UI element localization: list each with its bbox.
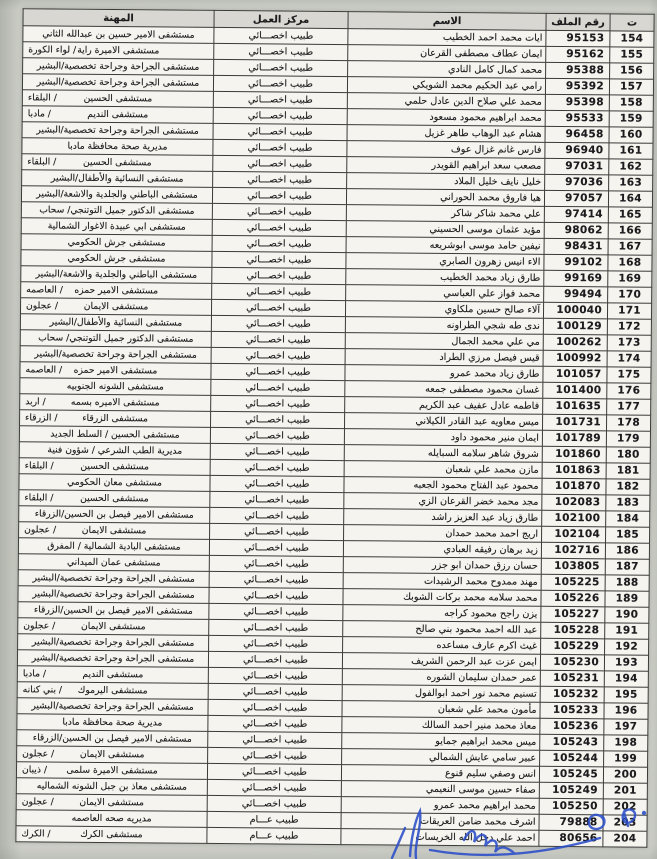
serial-cell: 156 — [610, 63, 654, 79]
profession-cell: مستشفى الباطني والجلدية والاشعة/البشير — [21, 186, 212, 204]
serial-cell: 190 — [605, 607, 649, 623]
file-number-cell: 102716 — [541, 542, 605, 559]
header-file-number: رقم الملف — [546, 13, 610, 31]
hospital-label: مستشفى عمان الميداني — [67, 557, 161, 569]
profession-cell: مستشفى الجراحة وجراحة تخصصية/البشير — [22, 122, 213, 140]
hospital-label: مستشفى الاميرة راية — [77, 45, 159, 57]
name-cell: طارق زياد عبد العزيز راشد — [344, 509, 542, 527]
serial-cell: 162 — [609, 159, 653, 175]
profession-cell: مستشفى ابي عبيدة الاغوار الشمالية — [21, 218, 212, 236]
serial-cell: 200 — [603, 767, 647, 783]
file-number-cell: 105236 — [540, 718, 604, 735]
hospital-label: مستشفى الكرك — [80, 829, 142, 841]
hospital-label: مستشفى الجراحة وجراحة تخصصية/البشير — [36, 124, 198, 136]
file-number-cell: 101860 — [542, 446, 606, 463]
work-center-cell: طبيب اخصـــائي — [209, 603, 343, 620]
profession-cell: مستشفى النسائية والأطفال/البشير — [22, 170, 213, 188]
name-cell: ايمان منير محمود داود — [344, 429, 542, 447]
area-label: / البلقاء — [24, 490, 53, 505]
hospital-label: مستشفى الايمان — [81, 621, 146, 633]
hospital-label: مديرية صحة محافظة مادبا — [62, 717, 162, 729]
serial-cell: 180 — [606, 447, 650, 463]
profession-cell: مستشفى معاذ بن جبل الشونه الشماليه — [16, 778, 207, 796]
work-center-cell: طبيب اخصـــائي — [211, 331, 345, 348]
work-center-cell: طبيب اخصـــائي — [211, 395, 345, 412]
work-center-cell: طبيب اخصـــائي — [209, 587, 343, 604]
file-number-cell: 105244 — [540, 750, 604, 767]
file-number-cell: 105245 — [539, 766, 603, 783]
file-number-cell: 100040 — [543, 302, 607, 319]
serial-cell: 189 — [605, 591, 649, 607]
work-center-cell: طبيب اخصـــائي — [211, 411, 345, 428]
file-number-cell: 98431 — [544, 238, 608, 255]
file-number-cell: 100262 — [543, 334, 607, 351]
name-cell: مي علي محمد الجمال — [345, 333, 543, 351]
work-center-cell: طبيب اخصـــائي — [209, 635, 343, 652]
file-number-cell: 101870 — [542, 478, 606, 495]
file-number-cell: 105230 — [540, 654, 604, 671]
hospital-label: مستشفى الامير حمزه — [74, 365, 158, 377]
area-label: / عجلون — [22, 746, 54, 761]
hospital-label: مستشفى الباطني والجلدية والاشعة/البشير — [36, 268, 198, 280]
work-center-cell: طبيب اخصـــائي — [209, 571, 343, 588]
profession-cell: مستشفى الباطني والجلدية والاشعة/البشير — [21, 266, 212, 284]
name-cell: صفاء حسين موسى النعيمي — [341, 781, 539, 799]
area-label: / مادبا — [28, 106, 51, 121]
file-number-cell: 95162 — [546, 46, 610, 63]
profession-cell: مستشفى الايمان / عجلون — [20, 298, 211, 316]
name-cell: مهند ممدوح محمد الرشيدات — [343, 573, 541, 591]
work-center-cell: طبيب اخصـــائي — [209, 619, 343, 636]
serial-cell: 174 — [607, 351, 651, 367]
work-center-cell: طبيب اخصـــائي — [208, 683, 342, 700]
hospital-label: مستشفى الامير حسين بن عبدالله الثاني — [42, 28, 194, 40]
name-cell: علي محمد شاكر شاكر — [346, 205, 544, 223]
file-number-cell: 102104 — [542, 526, 606, 543]
name-cell: مصعب سعد ابراهيم القويدر — [347, 157, 545, 175]
file-number-cell: 103805 — [541, 558, 605, 575]
hospital-label: مستشفى النديم — [87, 109, 148, 121]
name-cell: مازن محمد علي شعبان — [344, 461, 542, 479]
name-cell: نيفين حامد موسى ابوشريعه — [346, 237, 544, 255]
hospital-label: مستشفى الايمان — [84, 301, 149, 313]
hospital-label: مستشفى الحسين — [84, 93, 153, 105]
table-body: 154 95153 ايات محمد احمد الخطيب طبيب اخص… — [16, 26, 654, 847]
area-label: / البلقاء — [27, 154, 56, 169]
profession-cell: مستشفى جرش الحكومي — [21, 234, 212, 252]
hospital-label: مديرية الطب الشرعي / شؤون فنية — [47, 444, 182, 456]
work-center-cell: طبيب اخصـــائي — [214, 43, 348, 60]
serial-cell: 185 — [606, 527, 650, 543]
serial-cell: 169 — [608, 271, 652, 287]
profession-cell: مستشفى الاميرة سلمى / ذيبان — [16, 762, 207, 780]
work-center-cell: طبيب اخصـــائي — [209, 539, 343, 556]
file-number-cell: 102083 — [542, 494, 606, 511]
name-cell: انس وصفي سليم قنوع — [341, 765, 539, 783]
work-center-cell: طبيب اخصـــائي — [213, 91, 347, 108]
profession-cell: مستشفى الامير فيصل بن الحسين/الزرقاء — [17, 730, 208, 748]
name-cell: طارق زياد محمد عمرو — [345, 365, 543, 383]
hospital-label: مستشفى جرش الحكومي — [67, 253, 165, 265]
area-label: / البلقاء — [28, 90, 57, 105]
profession-cell: مستشفى الزرقاء / الزرقاء — [20, 410, 211, 428]
area-label: / الكرك — [21, 826, 50, 841]
profession-cell: مستشفى الامير حسين بن عبدالله الثاني — [23, 26, 214, 44]
hospital-label: مستشفى اليرموك — [78, 685, 148, 697]
area-label: / اربد — [25, 394, 46, 409]
profession-cell: مستشفى الامير فيصل بن الحسين/الزرقاء — [18, 602, 209, 620]
file-number-cell: 95398 — [545, 94, 609, 111]
work-center-cell: طبيب اخصـــائي — [214, 59, 348, 76]
name-cell: عبد الله احمد محمود بني صالح — [343, 621, 541, 639]
work-center-cell: طبيب اخصـــائي — [211, 315, 345, 332]
name-cell: خليل نايف خليل الملاد — [347, 173, 545, 191]
work-center-cell: طبيب اخصـــائي — [210, 475, 344, 492]
file-number-cell: 105229 — [541, 638, 605, 655]
file-number-cell: 97057 — [544, 190, 608, 207]
name-cell: معاذ محمد منير احمد السالك — [342, 717, 540, 735]
name-cell: محمد ابراهيم محمود مسعود — [347, 109, 545, 127]
hospital-label: مستشفى ابي عبيدة الاغوار الشمالية — [48, 220, 186, 232]
header-work-center: مركز العمل — [214, 10, 348, 28]
profession-cell: مستشفى الجراحة وجراحة تخصصية/البشير — [17, 650, 208, 668]
file-number-cell: 105227 — [541, 606, 605, 623]
profession-cell: مستشفى الجراحة وجراحة تخصصية/البشير — [18, 634, 209, 652]
header-profession: المهنة — [23, 9, 214, 28]
work-center-cell: طبيب اخصـــائي — [213, 75, 347, 92]
name-cell: عبير سامي عايش الشمالي — [342, 749, 540, 767]
work-center-cell: طبيب اخصـــائي — [212, 187, 346, 204]
work-center-cell: طبيب اخصـــائي — [213, 171, 347, 188]
file-number-cell: 95392 — [545, 78, 609, 95]
name-cell: محمد سلامه محمد بركات الشوبك — [343, 589, 541, 607]
name-cell: مجد محمد خضر القرعان الزي — [344, 493, 542, 511]
serial-cell: 197 — [604, 719, 648, 735]
serial-cell: 179 — [606, 431, 650, 447]
hospital-label: مستشفى الجراحة وجراحة تخصصية/البشير — [37, 60, 199, 72]
serial-cell: 167 — [608, 239, 652, 255]
serial-cell: 188 — [605, 575, 649, 591]
name-cell: غسان محمود مصطفى جمعه — [345, 381, 543, 399]
file-number-cell: 100992 — [543, 350, 607, 367]
serial-cell: 182 — [606, 479, 650, 495]
name-cell: آلاء صالح حسين ملكاوي — [345, 301, 543, 319]
serial-cell: 173 — [607, 335, 651, 351]
file-number-cell: 96940 — [545, 142, 609, 159]
hospital-label: مستشفى النسائية والأطفال/البشير — [51, 173, 184, 185]
serial-cell: 176 — [607, 383, 651, 399]
hospital-label: مستشفى النديم — [82, 669, 143, 681]
name-cell: محمود عبد الفتاح محمود الجعبه — [344, 477, 542, 495]
serial-cell: 191 — [605, 623, 649, 639]
file-number-cell: 105225 — [541, 574, 605, 591]
file-number-cell: 105232 — [540, 686, 604, 703]
serial-cell: 170 — [608, 287, 652, 303]
serial-cell: 163 — [609, 175, 653, 191]
work-center-cell: طبيب اخصـــائي — [212, 235, 346, 252]
hospital-label: مستشفى الجراحة وجراحة تخصصية/البشير — [32, 652, 194, 664]
work-center-cell: طبيب اخصـــائي — [208, 715, 342, 732]
profession-cell: مستشفى الجراحة وجراحة تخصصية/البشير — [20, 346, 211, 364]
name-cell: ايمان عطاف مصطفى القرعان — [348, 45, 546, 63]
serial-cell: 171 — [607, 303, 651, 319]
hospital-label: مستشفى الامير حمزه — [74, 285, 158, 297]
hospital-label: مستشفى الحسين — [83, 157, 152, 169]
serial-cell: 198 — [604, 735, 648, 751]
area-label: / عجلون — [24, 522, 56, 537]
scanned-document-page: { "document": { "kind": "scanned personn… — [0, 0, 657, 859]
area-label: / ذيبان — [22, 762, 47, 777]
profession-cell: مستشفى الحسين / البلقاء — [22, 90, 213, 108]
hospital-label: مستشفى الدكتور جميل التوتنجي/ سحاب — [39, 204, 194, 216]
hospital-label: مستشفى الزرقاء — [82, 413, 148, 425]
file-number-cell: 101789 — [542, 430, 606, 447]
profession-cell: مديرية الطب الشرعي / شؤون فنية — [19, 442, 210, 460]
profession-cell: مستشفى البادية الشمالية / المفرق — [18, 538, 209, 556]
file-number-cell: 105243 — [540, 734, 604, 751]
serial-cell: 178 — [606, 415, 650, 431]
header-name: الاسم — [348, 12, 546, 31]
work-center-cell: طبيب اخصـــائي — [211, 379, 345, 396]
profession-cell: مستشفى الايمان / عجلون — [17, 746, 208, 764]
file-number-cell: 101731 — [542, 414, 606, 431]
personnel-table-wrapper: ت رقم الملف الاسم مركز العمل المهنة 154 … — [15, 8, 654, 847]
serial-cell: 160 — [609, 127, 653, 143]
hospital-label: مستشفى الاميره بسمه — [71, 397, 160, 409]
work-center-cell: طبيب اخصـــائي — [212, 203, 346, 220]
name-cell: طارق زياد محمد الخطيب — [346, 269, 544, 287]
name-cell: الاء انيس زهرون الصابري — [346, 253, 544, 271]
serial-cell: 194 — [604, 671, 648, 687]
work-center-cell: طبيب اخصـــائي — [213, 139, 347, 156]
profession-cell: مستشفى النديم / مادبا — [22, 106, 213, 124]
profession-cell: مستشفى الامير حمزه / العاصمه — [21, 282, 212, 300]
profession-cell: مستشفى جرش الحكومي — [21, 250, 212, 268]
work-center-cell: طبيب اخصـــائي — [207, 795, 341, 812]
serial-cell: 154 — [610, 31, 654, 47]
name-cell: ميس معاويه عبد القادر الكيلاني — [344, 413, 542, 431]
profession-cell: مستشفى الشونه الجنوبيه — [20, 378, 211, 396]
hospital-label: مستشفى الحسين — [80, 461, 149, 473]
file-number-cell: 99102 — [544, 254, 608, 271]
work-center-cell: طبيب اخصـــائي — [211, 347, 345, 364]
profession-cell: مستشفى الحسين / البلقاء — [19, 458, 210, 476]
work-center-cell: طبيب اخصـــائي — [210, 507, 344, 524]
name-cell: رامي عبد الحكيم محمد الشويكي — [347, 77, 545, 95]
file-number-cell: 99169 — [544, 270, 608, 287]
name-cell: محمد فواز علي العباسي — [346, 285, 544, 303]
profession-cell: مستشفى الحسين / البلقاء — [22, 154, 213, 172]
profession-cell: مستشفى الكرك / الكرك — [16, 826, 207, 844]
work-center-cell: طبيب اخصـــائي — [208, 699, 342, 716]
profession-cell: مستشفى الايمان / عجلون — [16, 794, 207, 812]
name-cell: زيد برهان رفيقه العبادي — [343, 541, 541, 559]
name-cell: يزن راجح محمود كراجه — [343, 605, 541, 623]
hospital-label: مستشفى جرش الحكومي — [68, 237, 166, 249]
file-number-cell: 99494 — [544, 286, 608, 303]
serial-cell: 157 — [609, 79, 653, 95]
serial-cell: 199 — [604, 751, 648, 767]
profession-cell: مديرية صحة محافظة مادبا — [17, 714, 208, 732]
name-cell: ايمن عزت عبد الرحمن الشريف — [342, 653, 540, 671]
personnel-table: ت رقم الملف الاسم مركز العمل المهنة 154 … — [15, 8, 654, 847]
profession-cell: مستشفى اليرموك / بني كنانه — [17, 682, 208, 700]
area-label: / عجلون — [26, 298, 58, 313]
name-cell: محمد علي صلاح الدين عادل حلمي — [347, 93, 545, 111]
serial-cell: 165 — [608, 207, 652, 223]
file-number-cell: 105226 — [541, 590, 605, 607]
file-number-cell: 97031 — [545, 158, 609, 175]
area-label: / بني كنانه — [23, 682, 62, 697]
area-label: / لواء الكورة — [28, 42, 76, 57]
file-number-cell: 95153 — [546, 30, 610, 47]
hospital-label: مستشفى الجراحة وجراحة تخصصية/البشير — [37, 76, 199, 88]
handwritten-signature — [352, 800, 652, 859]
hospital-label: مستشفى الحسين / السلط الجديد — [50, 429, 179, 441]
work-center-cell: طبيب اخصـــائي — [207, 763, 341, 780]
serial-cell: 193 — [604, 655, 648, 671]
work-center-cell: طبيب اخصـــائي — [211, 299, 345, 316]
name-cell: حسان رزق حمدان ابو جزر — [343, 557, 541, 575]
profession-cell: مستشفى الايمان / عجلون — [19, 522, 210, 540]
work-center-cell: طبيب اخصـــائي — [210, 491, 344, 508]
work-center-cell: طبيب اخصـــائي — [213, 123, 347, 140]
profession-cell: مستشفى الامير فيصل بن الحسين/الزرقاء — [19, 506, 210, 524]
serial-cell: 187 — [605, 559, 649, 575]
serial-cell: 195 — [604, 687, 648, 703]
name-cell: ايات محمد احمد الخطيب — [348, 29, 546, 47]
work-center-cell: طبيب اخصـــائي — [212, 251, 346, 268]
area-label: / عجلون — [23, 618, 55, 633]
serial-cell: 166 — [608, 223, 652, 239]
file-number-cell: 95533 — [545, 110, 609, 127]
work-center-cell: طبيب اخصـــائي — [208, 667, 342, 684]
profession-cell: مستشفى الاميرة راية / لواء الكورة — [23, 42, 214, 60]
name-cell: هشام عبد الوهاب طاهر غزيل — [347, 125, 545, 143]
hospital-label: مستشفى الجراحة وجراحة تخصصية/البشير — [32, 588, 194, 600]
work-center-cell: طبيب اخصـــائي — [213, 155, 347, 172]
hospital-label: مستشفى الباطني والجلدية والاشعة/البشير — [36, 188, 198, 200]
name-cell: مأمون محمد علي شعبان — [342, 701, 540, 719]
hospital-label: مستشفى الاميرة سلمى — [66, 765, 157, 777]
profession-cell: مديريه صحه العاصمه — [16, 810, 207, 828]
work-center-cell: طبيب اخصـــائي — [208, 747, 342, 764]
serial-cell: 155 — [610, 47, 654, 63]
name-cell: اريج احمد محمد حمدان — [344, 525, 542, 543]
serial-cell: 183 — [606, 495, 650, 511]
hospital-label: مستشفى الايمان — [82, 525, 147, 537]
profession-cell: مستشفى الحسين / البلقاء — [19, 490, 210, 508]
hospital-label: مستشفى الحسين — [80, 493, 149, 505]
work-center-cell: طبيب اخصـــائي — [210, 443, 344, 460]
work-center-cell: طبيب اخصـــائي — [209, 555, 343, 572]
serial-cell: 172 — [607, 319, 651, 335]
hospital-label: مستشفى البادية الشمالية / المفرق — [47, 540, 180, 552]
profession-cell: مستشفى معان الحكومي — [19, 474, 210, 492]
file-number-cell: 105249 — [539, 782, 603, 799]
serial-cell: 168 — [608, 255, 652, 271]
hospital-label: مستشفى الامير فيصل بن الحسين/الزرقاء — [33, 732, 192, 744]
profession-cell: مستشفى الدكتور جميل التوتنجي/ سحاب — [20, 330, 211, 348]
work-center-cell: طبيب اخصـــائي — [210, 523, 344, 540]
name-cell: قيس فيصل مرزي الطراد — [345, 349, 543, 367]
file-number-cell: 100129 — [543, 318, 607, 335]
hospital-label: مستشفى الدكتور جميل التوتنجي/ سحاب — [38, 332, 193, 344]
serial-cell: 196 — [604, 703, 648, 719]
profession-cell: مستشفى الحسين / السلط الجديد — [19, 426, 210, 444]
hospital-label: مستشفى الامير فيصل بن الحسين/الزرقاء — [34, 604, 193, 616]
hospital-label: مستشفى الجراحة وجراحة تخصصية/البشير — [32, 636, 194, 648]
file-number-cell: 96458 — [545, 126, 609, 143]
work-center-cell: طبيب اخصـــائي — [208, 731, 342, 748]
hospital-label: مستشفى الجراحة وجراحة تخصصية/البشير — [32, 572, 194, 584]
file-number-cell: 105228 — [541, 622, 605, 639]
name-cell: فارس غانم غزال عوف — [347, 141, 545, 159]
hospital-label: مستشفى الايمان — [80, 749, 145, 761]
area-label: / الزرقاء — [25, 410, 58, 425]
profession-cell: مستشفى الامير حمزه / العاصمه — [20, 362, 211, 380]
area-label: / العاصمه — [25, 362, 62, 377]
name-cell: مؤيد عثمان موسى الحسيني — [346, 221, 544, 239]
profession-cell: مديرية صحة محافظة مادبا — [22, 138, 213, 156]
work-center-cell: طبيب عـــام — [207, 827, 341, 844]
serial-cell: 201 — [603, 783, 647, 799]
profession-cell: مستشفى الجراحة وجراحة تخصصية/البشير — [22, 74, 213, 92]
work-center-cell: طبيب اخصـــائي — [212, 283, 346, 300]
header-serial: ت — [610, 14, 654, 31]
serial-cell: 186 — [605, 543, 649, 559]
hospital-label: مستشفى الامير فيصل بن الحسين/الزرقاء — [35, 508, 194, 520]
area-label: / عجلون — [22, 794, 54, 809]
name-cell: غيث اكرم عارف مساعده — [343, 637, 541, 655]
profession-cell: مستشفى الدكتور جميل التوتنجي/ سحاب — [21, 202, 212, 220]
hospital-label: مستشفى معان الحكومي — [67, 477, 162, 489]
profession-cell: مستشفى الايمان / عجلون — [18, 618, 209, 636]
name-cell: عمر حمدان سليمان الشوره — [342, 669, 540, 687]
work-center-cell: طبيب اخصـــائي — [207, 779, 341, 796]
profession-cell: مستشفى النسائية والأطفال/البشير — [20, 314, 211, 332]
work-center-cell: طبيب اخصـــائي — [212, 219, 346, 236]
hospital-label: مستشفى معاذ بن جبل الشونه الشماليه — [37, 780, 187, 792]
profession-cell: مستشفى الجراحة وجراحة تخصصية/البشير — [18, 570, 209, 588]
name-cell: محمد كمال كامل النادي — [348, 61, 546, 79]
profession-cell: مستشفى عمان الميداني — [18, 554, 209, 572]
serial-cell: 184 — [606, 511, 650, 527]
profession-cell: مستشفى الجراحة وجراحة تخصصية/البشير — [18, 586, 209, 604]
name-cell: هيا فاروق محمد الحوراني — [346, 189, 544, 207]
hospital-label: مستشفى الجراحة وجراحة تخصصية/البشير — [34, 348, 196, 360]
name-cell: ندى طه شجي الطراونه — [345, 317, 543, 335]
file-number-cell: 97414 — [544, 206, 608, 223]
file-number-cell: 101863 — [542, 462, 606, 479]
file-number-cell: 105233 — [540, 702, 604, 719]
work-center-cell: طبيب اخصـــائي — [210, 459, 344, 476]
hospital-label: مستشفى الايمان — [79, 797, 144, 809]
work-center-cell: طبيب اخصـــائي — [212, 267, 346, 284]
area-label: / البلقاء — [25, 458, 54, 473]
work-center-cell: طبيب اخصـــائي — [214, 27, 348, 44]
file-number-cell: 102100 — [542, 510, 606, 527]
file-number-cell: 105231 — [540, 670, 604, 687]
area-label: / العاصمه — [26, 282, 63, 297]
name-cell: فاطمه عادل عفيف عبد الكريم — [345, 397, 543, 415]
serial-cell: 161 — [609, 143, 653, 159]
serial-cell: 159 — [609, 111, 653, 127]
profession-cell: مستشفى الجراحة وجراحة تخصصية/البشير — [17, 698, 208, 716]
serial-cell: 175 — [607, 367, 651, 383]
work-center-cell: طبيب عـــام — [207, 811, 341, 828]
serial-cell: 192 — [605, 639, 649, 655]
